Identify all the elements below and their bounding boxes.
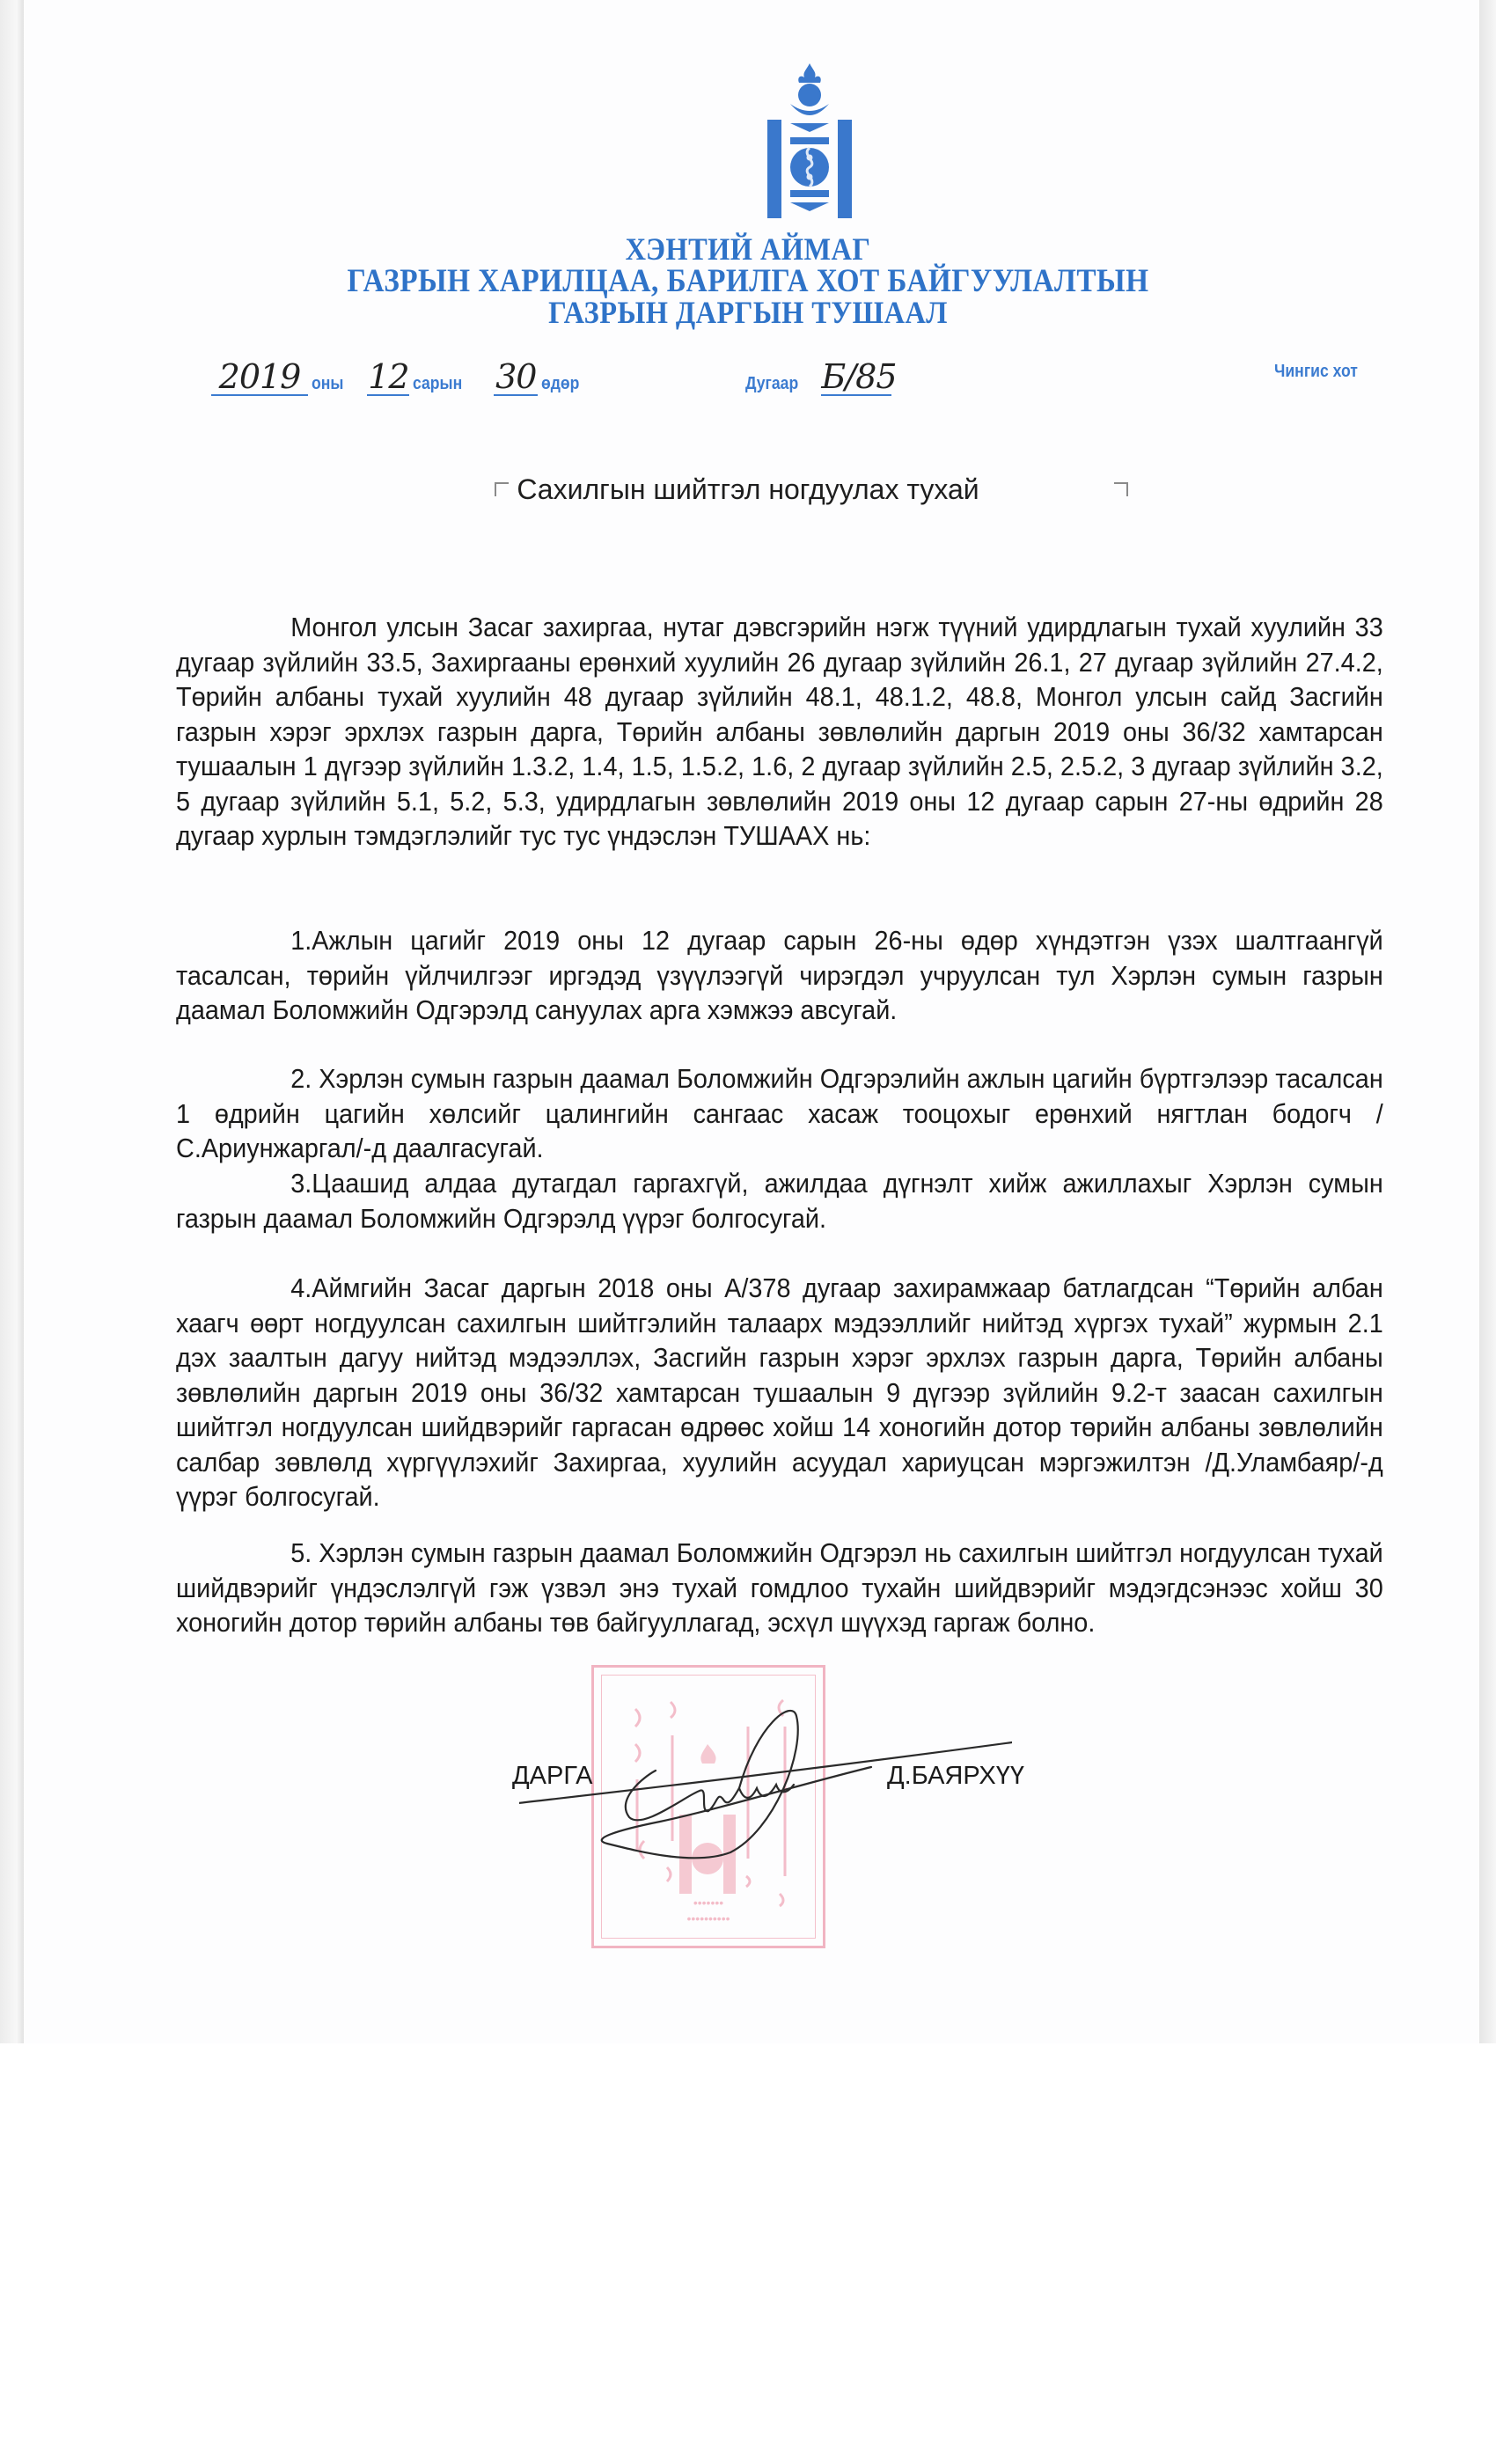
- scan-edge-right: [1479, 0, 1496, 2043]
- date-day: 30: [494, 359, 538, 396]
- city-field: Чингис хот: [1271, 359, 1373, 412]
- date-year-label: оны: [312, 371, 343, 396]
- paragraph-text: 5. Хэрлэн сумын газрын даамал Боломжийн …: [176, 1536, 1383, 1640]
- order-item-1: 1.Ажлын цагийг 2019 оны 12 дугаар сарын …: [176, 923, 1299, 1028]
- preamble-paragraph: Монгол улсын Засаг захиргаа, нутаг дэвсг…: [176, 610, 1299, 854]
- order-item-5: 5. Хэрлэн сумын газрын даамал Боломжийн …: [176, 1536, 1299, 1640]
- date-month: 12: [367, 359, 409, 396]
- scanned-page: ХЭНТИЙ АЙМАГ ГАЗРЫН ХАРИЛЦАА, БАРИЛГА ХО…: [0, 0, 1496, 2043]
- date-day-label: өдөр: [541, 371, 579, 396]
- city-label: Чингис хот: [1274, 359, 1358, 384]
- paragraph-text: 4.Аймгийн Засаг даргын 2018 оны А/378 ду…: [176, 1271, 1383, 1514]
- header-line-order-title: ГАЗРЫН ДАРГЫН ТУШААЛ: [75, 294, 1421, 331]
- paragraph-text: 3.Цаашид алдаа дутагдал гаргахгүй, ажилд…: [176, 1166, 1383, 1236]
- order-number-field: ДугаарБ/85: [742, 359, 891, 412]
- order-item-3: 3.Цаашид алдаа дутагдал гаргахгүй, ажилд…: [176, 1166, 1299, 1236]
- scan-edge-left: [0, 0, 24, 2043]
- date-year: 2019: [211, 359, 308, 396]
- order-item-2: 2. Хэрлэн сумын газрын даамал Боломжийн …: [176, 1061, 1299, 1166]
- signatory-name: Д.БАЯРХҮҮ: [887, 1762, 1024, 1791]
- paragraph-text: 2. Хэрлэн сумын газрын даамал Боломжийн …: [176, 1061, 1383, 1166]
- seal-registration-text: •••••••••••••••••: [594, 1895, 823, 1926]
- order-number-value: Б/85: [821, 359, 891, 396]
- paragraph-text: 1.Ажлын цагийг 2019 оны 12 дугаар сарын …: [176, 923, 1383, 1028]
- document-title: Сахилгын шийтгэл ногдуулах тухай: [0, 473, 1496, 506]
- paragraph-text: Монгол улсын Засаг захиргаа, нутаг дэвсг…: [176, 610, 1383, 854]
- soyombo-emblem-icon: [767, 63, 852, 218]
- order-item-4: 4.Аймгийн Засаг даргын 2018 оны А/378 ду…: [176, 1271, 1299, 1514]
- title-bracket-right: [1114, 482, 1128, 496]
- order-number-label: Дугаар: [745, 371, 798, 396]
- date-field: 2019оны12сарын30өдөр: [211, 359, 589, 412]
- date-month-label: сарын: [413, 371, 462, 396]
